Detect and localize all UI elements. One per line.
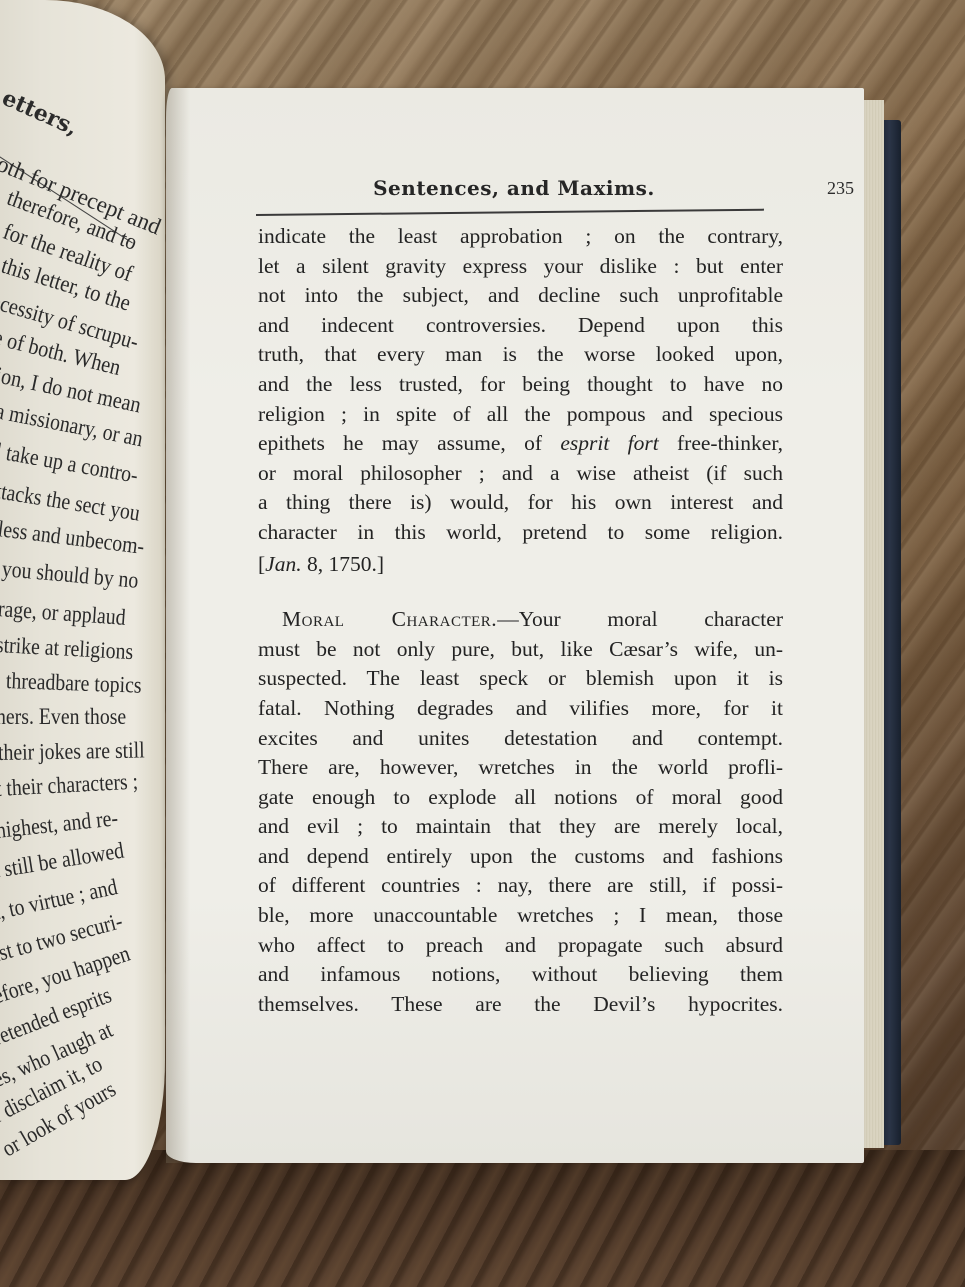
text-line: suspected. The least speck or blemish up… [258,664,783,694]
text-line: who affect to preach and propagate such … [258,931,783,961]
text-line: epithets he may assume, of esprit fort f… [258,429,783,459]
text-line: or moral philosopher ; and a wise atheis… [258,459,783,489]
left-line: t their characters ; [0,769,139,802]
left-line: you should by no [1,556,140,594]
letter-date: [Jan. 8, 1750.] [258,550,783,580]
text-line: character in this world, pretend to some… [258,518,783,548]
page-block-edges [862,100,884,1148]
text-line: themselves. These are the Devil’s hypocr… [258,990,783,1020]
paragraph-gap [258,579,783,605]
text-line: indicate the least approbation ; on the … [258,222,783,252]
text-line: There are, however, wretches in the worl… [258,753,783,783]
text-line: gate enough to explode all notions of mo… [258,783,783,813]
left-line: strike at religions [0,632,134,665]
left-line: rage, or applaud [0,596,127,631]
left-line: threadbare topics [6,668,142,699]
text-line: fatal. Nothing degrades and vilifies mor… [258,694,783,724]
text-line: excites and unites detestation and conte… [258,724,783,754]
text-line: must be not only pure, but, like Cæsar’s… [258,635,783,665]
text-line: of different countries : nay, there are … [258,871,783,901]
text-line: let a silent gravity express your dislik… [258,252,783,282]
date-month: Jan. [265,552,301,576]
text-line: truth, that every man is the worse looke… [258,340,783,370]
paragraph-religion: indicate the least approbation ; on the … [258,222,783,579]
text-line: a thing there is) would, for his own int… [258,488,783,518]
text-line: religion ; in spite of all the pompous a… [258,400,783,430]
page-body-text: indicate the least approbation ; on the … [258,222,783,1019]
text-line: and infamous notions, without believing … [258,960,783,990]
text-span: free-thinker, [659,431,783,455]
section-heading: Moral Character. [282,607,497,631]
text-line: not into the subject, and decline such u… [258,281,783,311]
text-span: —Your moral character [497,607,783,631]
text-line: and evil ; to maintain that they are mer… [258,812,783,842]
running-head-title: Sentences, and Maxims. [364,176,664,200]
left-line: highest, and re- [0,805,119,844]
text-line: and the less trusted, for being thought … [258,370,783,400]
left-line: hers. Even those [0,704,126,730]
text-line: and depend entirely upon the customs and… [258,842,783,872]
page-number: 235 [827,178,854,199]
date-rest: 8, 1750.] [302,552,384,576]
left-running-head: etters, [0,85,82,141]
italic-phrase-esprit-fort: esprit fort [560,431,658,455]
left-page: etters, oth for precept and therefore, a… [0,0,165,1180]
text-span: epithets he may assume, of [258,431,560,455]
text-line: Moral Character.—Your moral character [258,605,783,635]
page-gutter-shadow [166,88,190,1163]
text-line: and indecent controversies. Depend upon … [258,311,783,341]
paragraph-moral-character: Moral Character.—Your moral character mu… [258,605,783,1019]
left-page-text: etters, oth for precept and therefore, a… [0,0,165,1180]
running-head: Sentences, and Maxims. 235 [254,176,854,206]
left-line: their jokes are still [0,737,145,766]
text-line: ble, more unaccountable wretches ; I mea… [258,901,783,931]
